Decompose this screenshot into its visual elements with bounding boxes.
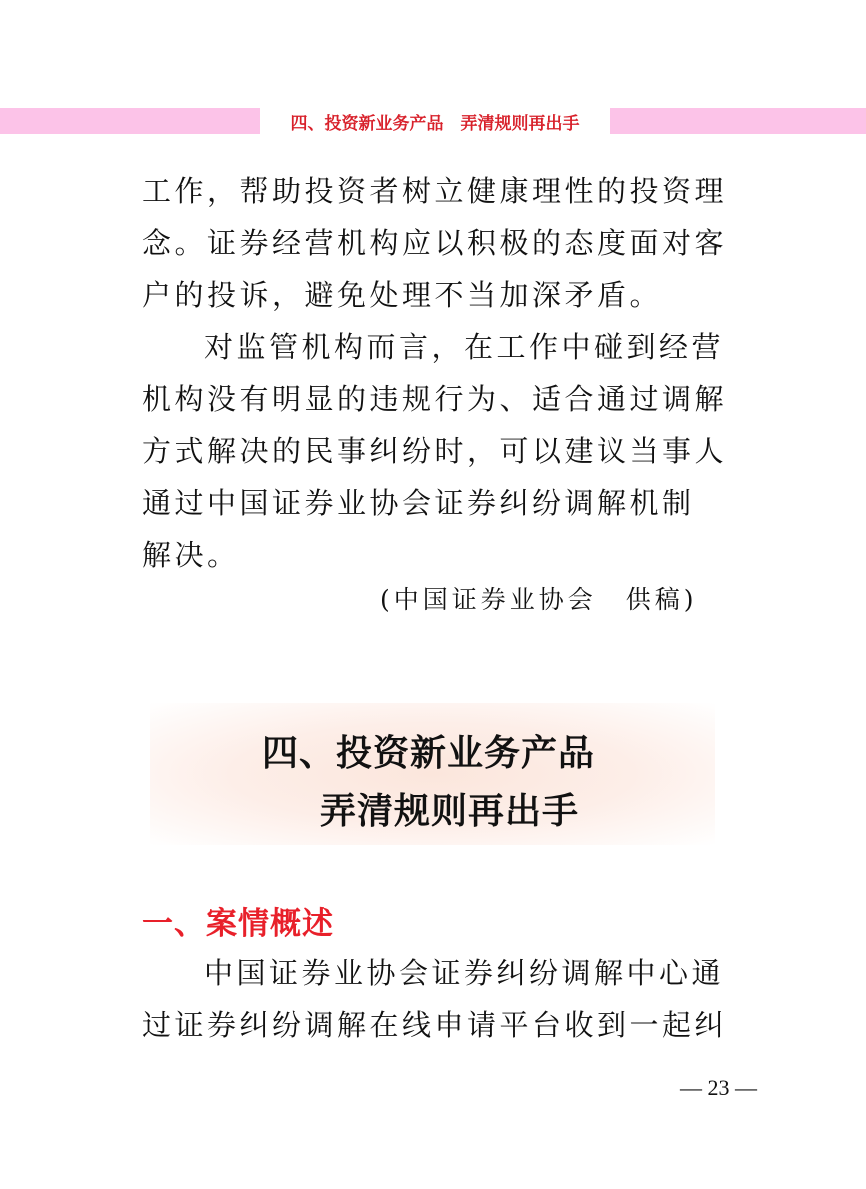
source-note: (中国证券业协会 供稿) [380, 580, 698, 616]
text-line: 过证券纠纷调解在线申请平台收到一起纠 [142, 999, 742, 1051]
paragraph-3: 中国证券业协会证券纠纷调解中心通 过证券纠纷调解在线申请平台收到一起纠 [142, 947, 742, 1051]
chapter-title-line-1: 四、投资新业务产品 [262, 725, 595, 776]
paragraph-2: 对监管机构而言，在工作中碰到经营 机构没有明显的违规行为、适合通过调解 方式解决… [142, 321, 742, 581]
paragraph-1: 工作，帮助投资者树立健康理性的投资理 念。证券经营机构应以积极的态度面对客 户的… [142, 165, 742, 321]
text-line: 工作，帮助投资者树立健康理性的投资理 [142, 165, 742, 217]
chapter-title-line-2: 弄清规则再出手 [320, 783, 579, 834]
text-line: 通过中国证券业协会证券纠纷调解机制 [142, 477, 742, 529]
text-line: 解决。 [142, 529, 742, 581]
page-number: — 23 — [680, 1075, 757, 1101]
text-line: 中国证券业协会证券纠纷调解中心通 [142, 947, 742, 999]
text-line: 对监管机构而言，在工作中碰到经营 [142, 321, 742, 373]
section-heading: 一、案情概述 [142, 898, 334, 943]
text-line: 念。证券经营机构应以积极的态度面对客 [142, 217, 742, 269]
text-line: 机构没有明显的违规行为、适合通过调解 [142, 373, 742, 425]
text-line: 户的投诉，避免处理不当加深矛盾。 [142, 269, 742, 321]
running-header-text: 四、投资新业务产品 弄清规则再出手 [291, 109, 580, 134]
text-line: 方式解决的民事纠纷时，可以建议当事人 [142, 425, 742, 477]
running-header: 四、投资新业务产品 弄清规则再出手 [260, 103, 610, 139]
